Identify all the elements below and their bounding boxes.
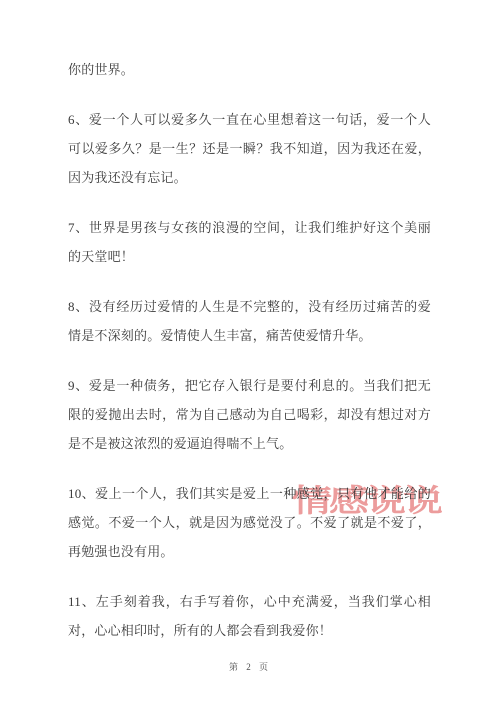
page-number: 第 2 页 <box>0 660 500 673</box>
page-content: 你的世界。 6、爱一个人可以爱多久一直在心里想着这一句话，爱一个人可以爱多久？是… <box>0 0 500 645</box>
quote-paragraph-11: 11、左手刻着我，右手写着你，心中充满爱，当我们掌心相对，心心相印时，所有的人都… <box>68 587 431 645</box>
quote-paragraph-7: 7、世界是男孩与女孩的浪漫的空间，让我们维护好这个美丽的天堂吧！ <box>68 213 431 271</box>
quote-paragraph-9: 9、爱是一种债务，把它存入银行是要付利息的。当我们把无限的爱抛出去时，常为自己感… <box>68 371 431 458</box>
quote-paragraph-8: 8、没有经历过爱情的人生是不完整的，没有经历过痛苦的爱情是不深刻的。爱情使人生丰… <box>68 292 431 350</box>
quote-paragraph-10: 10、爱上一个人，我们其实是爱上一种感觉，只有他才能给的感觉。不爱一个人，就是因… <box>68 479 431 566</box>
document-page: 情感说说 你的世界。 6、爱一个人可以爱多久一直在心里想着这一句话，爱一个人可以… <box>0 0 500 708</box>
paragraph-continuation: 你的世界。 <box>68 55 431 84</box>
quote-paragraph-6: 6、爱一个人可以爱多久一直在心里想着这一句话，爱一个人可以爱多久？是一生？还是一… <box>68 105 431 192</box>
